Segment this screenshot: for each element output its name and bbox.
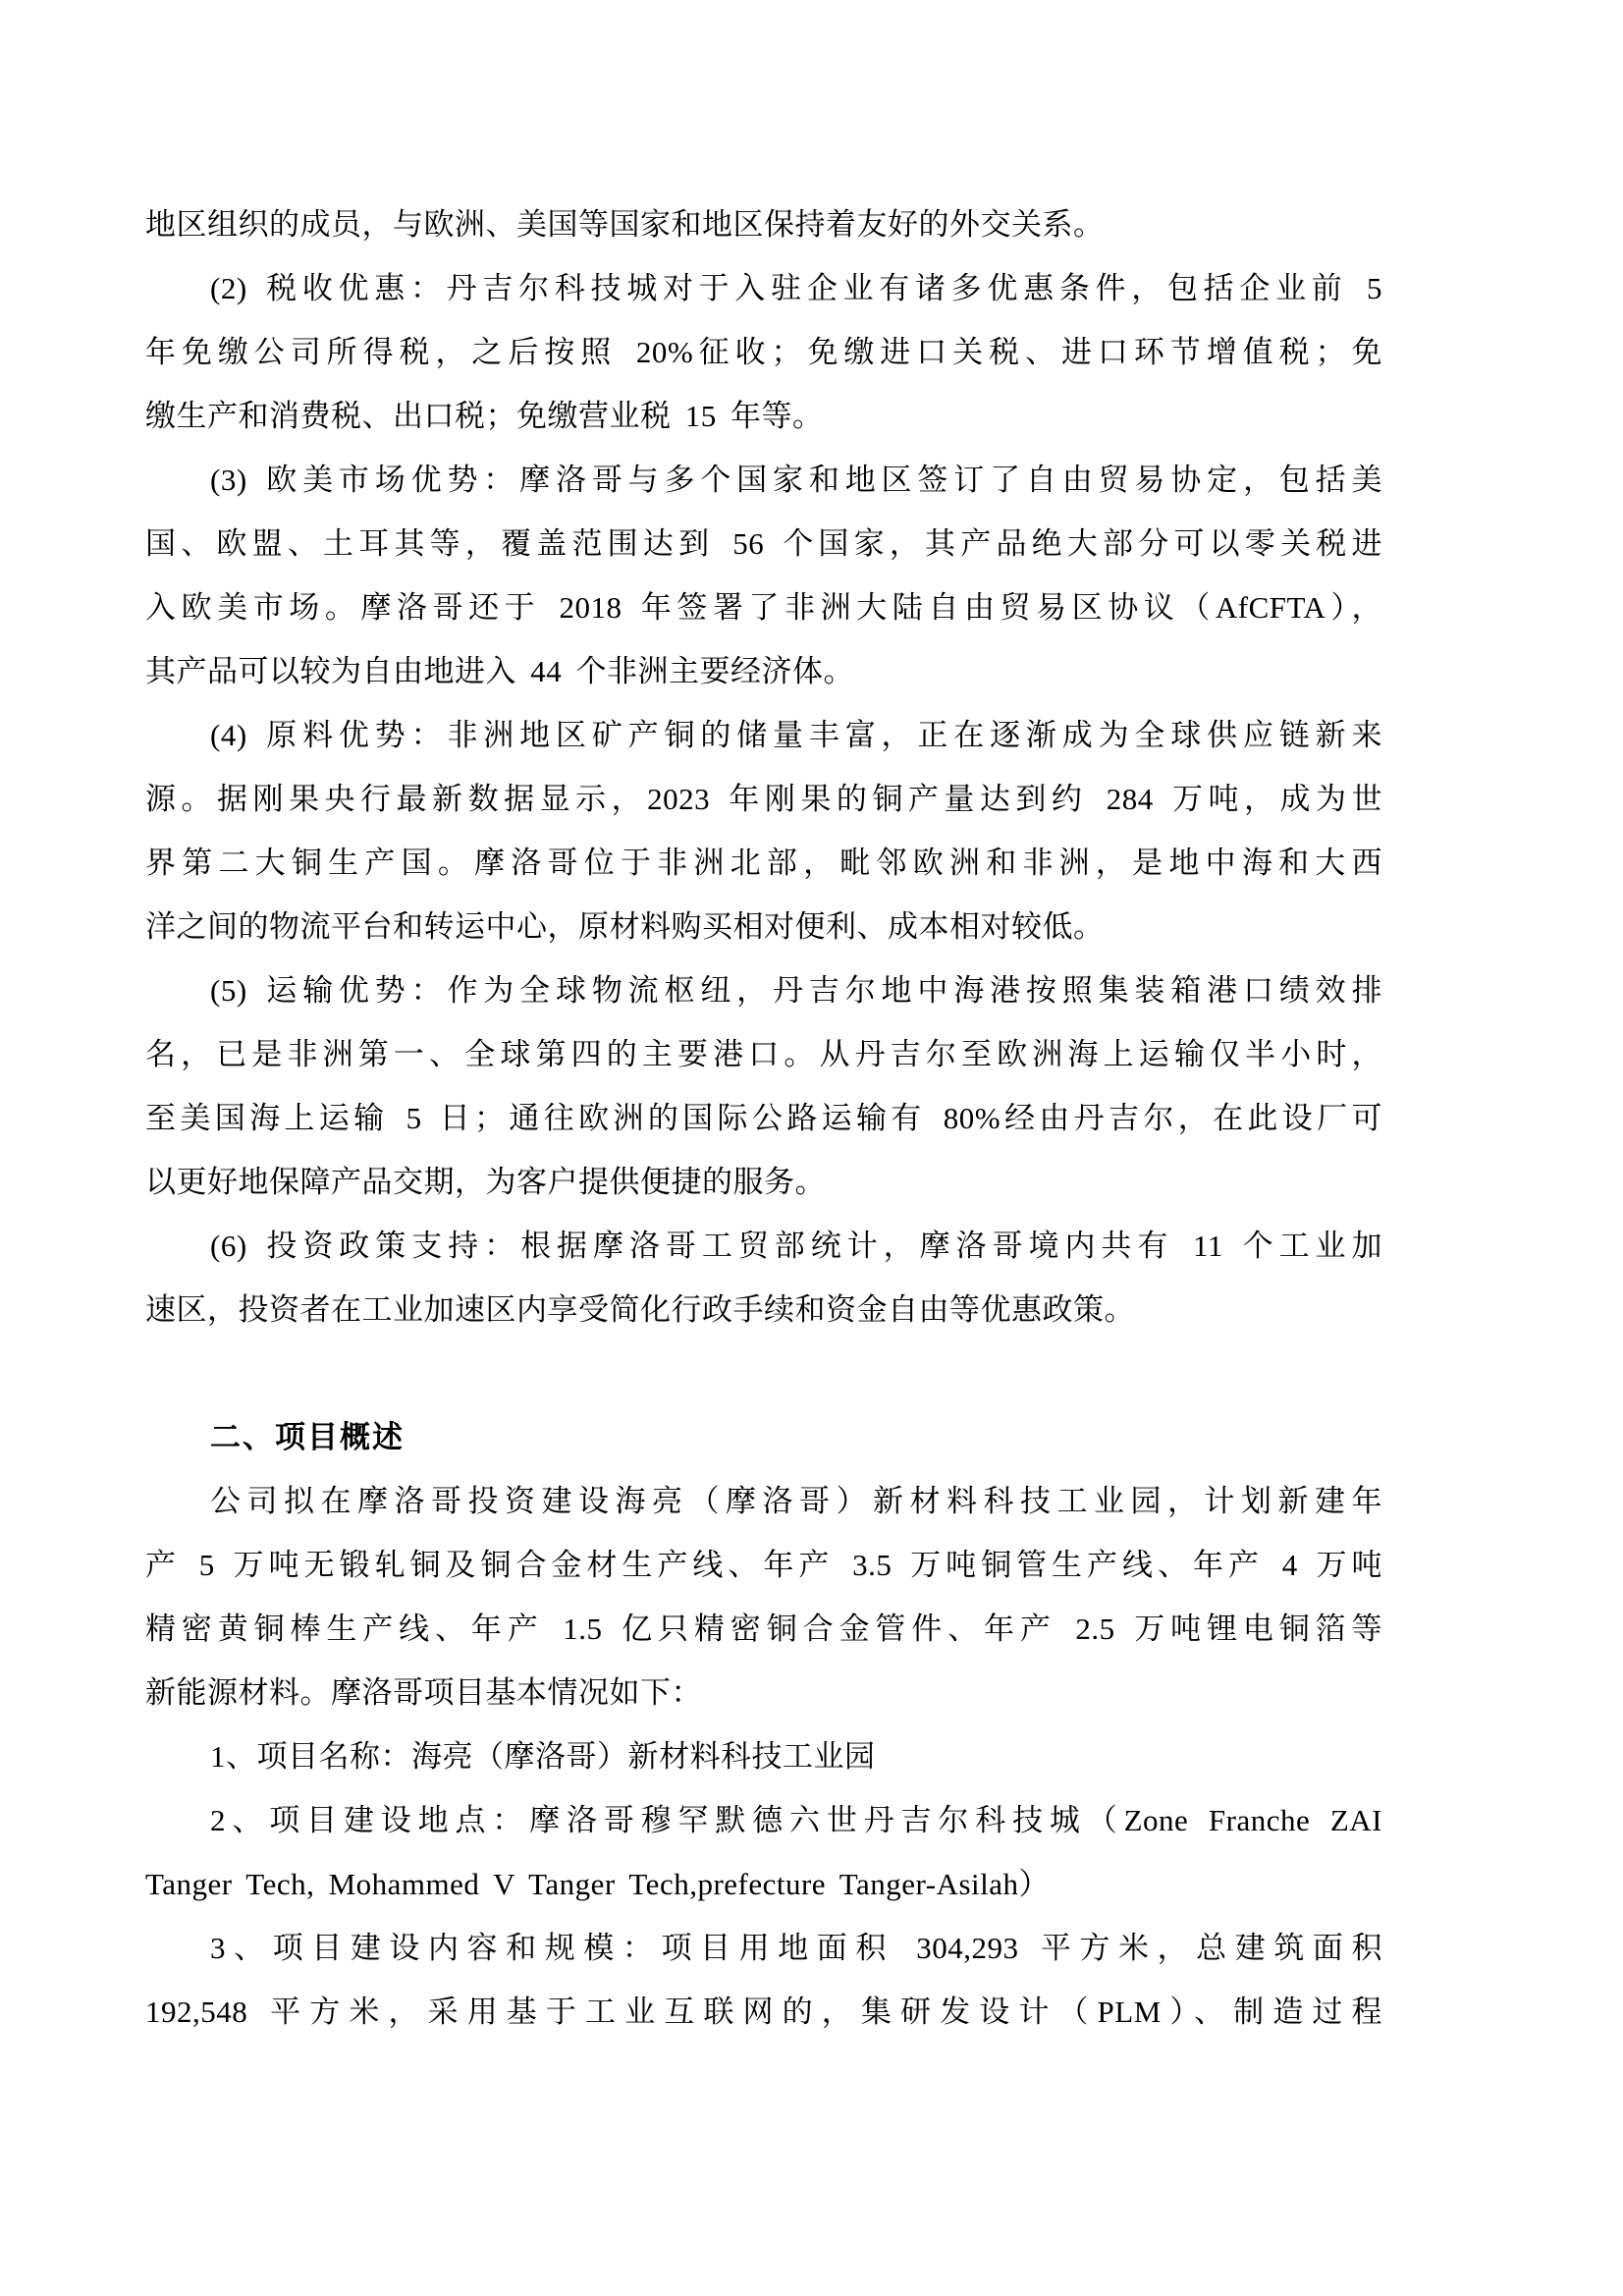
blank-line [145, 1341, 1382, 1405]
text-line: 国、欧盟、土耳其等，覆盖范围达到 56 个国家，其产品绝大部分可以零关税进 [145, 512, 1382, 575]
text-line: 以更好地保障产品交期，为客户提供便捷的服务。 [145, 1150, 1382, 1214]
document-text-block: 地区组织的成员，与欧洲、美国等国家和地区保持着友好的外交关系。 (2) 税收优惠… [145, 192, 1382, 2044]
text-line: 界第二大铜生产国。摩洛哥位于非洲北部，毗邻欧洲和非洲，是地中海和大西 [145, 831, 1382, 895]
text-line: 产 5 万吨无锻轧铜及铜合金材生产线、年产 3.5 万吨铜管生产线、年产 4 万… [145, 1533, 1382, 1597]
text-line: 1、项目名称：海亮（摩洛哥）新材料科技工业园 [145, 1724, 1382, 1788]
document-page: 地区组织的成员，与欧洲、美国等国家和地区保持着友好的外交关系。 (2) 税收优惠… [0, 0, 1623, 2296]
text-line: 公司拟在摩洛哥投资建设海亮（摩洛哥）新材料科技工业园，计划新建年 [145, 1469, 1382, 1533]
text-line: Tanger Tech, Mohammed V Tanger Tech,pref… [145, 1852, 1382, 1916]
text-line: 年免缴公司所得税，之后按照 20%征收；免缴进口关税、进口环节增值税；免 [145, 320, 1382, 384]
text-line: 精密黄铜棒生产线、年产 1.5 亿只精密铜合金管件、年产 2.5 万吨锂电铜箔等 [145, 1597, 1382, 1661]
text-line: 其产品可以较为自由地进入 44 个非洲主要经济体。 [145, 639, 1382, 703]
text-line: 洋之间的物流平台和转运中心，原材料购买相对便利、成本相对较低。 [145, 895, 1382, 958]
text-line: 缴生产和消费税、出口税；免缴营业税 15 年等。 [145, 384, 1382, 448]
text-line: 地区组织的成员，与欧洲、美国等国家和地区保持着友好的外交关系。 [145, 192, 1382, 256]
text-line: 3、项目建设内容和规模：项目用地面积 304,293 平方米，总建筑面积 [145, 1916, 1382, 1980]
text-line: 速区，投资者在工业加速区内享受简化行政手续和资金自由等优惠政策。 [145, 1278, 1382, 1341]
text-line: (4) 原料优势：非洲地区矿产铜的储量丰富，正在逐渐成为全球供应链新来 [145, 703, 1382, 767]
text-line: 入欧美市场。摩洛哥还于 2018 年签署了非洲大陆自由贸易区协议（AfCFTA）… [145, 575, 1382, 639]
text-line: (6) 投资政策支持：根据摩洛哥工贸部统计，摩洛哥境内共有 11 个工业加 [145, 1214, 1382, 1278]
text-line: 新能源材料。摩洛哥项目基本情况如下： [145, 1661, 1382, 1724]
text-line: (5) 运输优势：作为全球物流枢纽，丹吉尔地中海港按照集装箱港口绩效排 [145, 958, 1382, 1022]
text-line: 192,548 平方米，采用基于工业互联网的，集研发设计（PLM）、制造过程 [145, 1980, 1382, 2044]
text-line: 2、项目建设地点：摩洛哥穆罕默德六世丹吉尔科技城（Zone Franche ZA… [145, 1788, 1382, 1852]
text-line: (2) 税收优惠：丹吉尔科技城对于入驻企业有诸多优惠条件，包括企业前 5 [145, 256, 1382, 320]
text-line: 至美国海上运输 5 日；通往欧洲的国际公路运输有 80%经由丹吉尔，在此设厂可 [145, 1086, 1382, 1150]
text-line: (3) 欧美市场优势：摩洛哥与多个国家和地区签订了自由贸易协定，包括美 [145, 448, 1382, 512]
text-line: 源。据刚果央行最新数据显示，2023 年刚果的铜产量达到约 284 万吨，成为世 [145, 767, 1382, 831]
section-heading: 二、项目概述 [145, 1405, 1382, 1469]
text-line: 名，已是非洲第一、全球第四的主要港口。从丹吉尔至欧洲海上运输仅半小时， [145, 1022, 1382, 1086]
